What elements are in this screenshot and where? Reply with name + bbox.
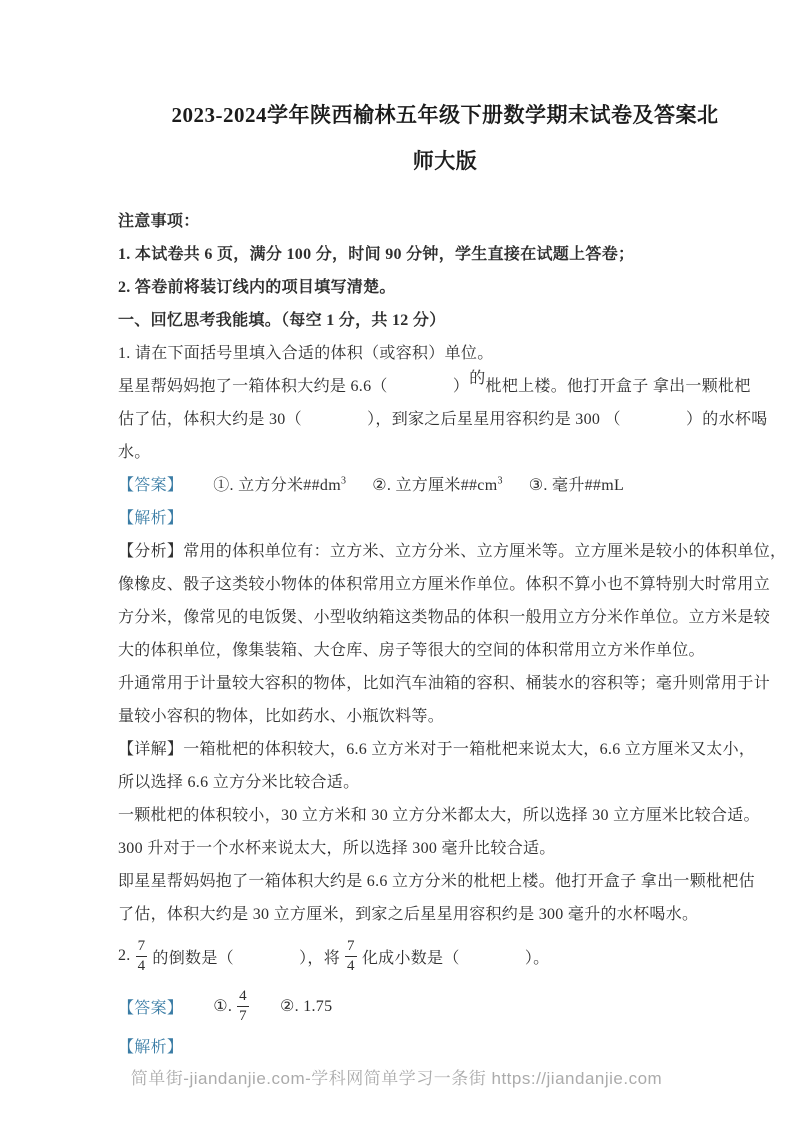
question-1-body-line-2: 估了估，体积大约是 30（ ），到家之后星星用容积约是 300 （ ）的水杯喝 [118, 403, 772, 436]
document-title-line2: 师大版 [118, 138, 772, 184]
question-1-analysis-label: 【解析】 [118, 502, 772, 535]
question-2-text-1: 的倒数是（ ），将 [152, 945, 340, 968]
analysis-line: 像橡皮、骰子这类较小物体的体积常用立方厘米作单位。体积不算小也不算特别大时常用立 [118, 568, 772, 601]
section-1-heading: 一、回忆思考我能填。（每空 1 分，共 12 分） [118, 304, 772, 337]
question-1-body-line-1: 星星帮妈妈抱了一箱体积大约是 6.6（ ）的枇杷上楼。他打开盒子 拿出一颗枇杷 [118, 370, 772, 403]
analysis-line: 了估，体积大约是 30 立方厘米，到家之后星星用容积约是 300 毫升的水杯喝水… [118, 898, 772, 931]
fraction-numerator: 4 [237, 987, 249, 1006]
analysis-line: 300 升对于一个水杯来说太大，所以选择 300 毫升比较合适。 [118, 832, 772, 865]
notice-item-1: 1. 本试卷共 6 页，满分 100 分，时间 90 分钟，学生直接在试题上答卷… [118, 238, 772, 271]
document-content: 2023-2024学年陕西榆林五年级下册数学期末试卷及答案北 师大版 注意事项：… [118, 0, 772, 1064]
exam-document-page: 2023-2024学年陕西榆林五年级下册数学期末试卷及答案北 师大版 注意事项：… [0, 0, 793, 1122]
answer-label: 【答案】 [118, 995, 183, 1018]
analysis-line: 一颗枇杷的体积较小，30 立方米和 30 立方分米都太大，所以选择 30 立方厘… [118, 799, 772, 832]
fraction-7-4: 74 [345, 937, 357, 976]
fraction-denominator: 4 [136, 956, 148, 976]
question-2-text-2: 化成小数是（ ）。 [362, 945, 550, 968]
document-title-line1: 2023-2024学年陕西榆林五年级下册数学期末试卷及答案北 [118, 92, 772, 138]
question-1-answer-item-2-sup: 3 [497, 476, 502, 487]
notice-section: 注意事项： 1. 本试卷共 6 页，满分 100 分，时间 90 分钟，学生直接… [118, 205, 772, 304]
question-2-answer-line: 【答案】 ①. 47 ②. 1.75 [118, 981, 772, 1031]
question-1-body-line-1-pre: 星星帮妈妈抱了一箱体积大约是 6.6（ ） [118, 378, 469, 395]
document-title: 2023-2024学年陕西榆林五年级下册数学期末试卷及答案北 师大版 [118, 92, 772, 184]
question-1-answer-item-2-text: ②. 立方厘米##cm [372, 477, 497, 494]
question-2-number: 2. [118, 947, 131, 965]
notice-item-2: 2. 答卷前将装订线内的项目填写清楚。 [118, 271, 772, 304]
analysis-line: 升通常用于计量较大容积的物体，比如汽车油箱的容积、桶装水的容积等；毫升则常用于计 [118, 667, 772, 700]
question-1-raised-char: 的 [469, 370, 485, 387]
analysis-line: 量较小容积的物体，比如药水、小瓶饮料等。 [118, 700, 772, 733]
question-1-stem: 1. 请在下面括号里填入合适的体积（或容积）单位。 [118, 337, 772, 370]
question-1-answer-item-3: ③. 毫升##mL [529, 477, 624, 494]
analysis-line: 【分析】常用的体积单位有：立方米、立方分米、立方厘米等。立方厘米是较小的体积单位… [118, 535, 772, 568]
footer-watermark-text[interactable]: 简单街-jiandanjie.com-学科网简单学习一条街 https://ji… [131, 1069, 662, 1088]
notice-heading: 注意事项： [118, 205, 772, 238]
fraction-7-4: 74 [136, 937, 148, 976]
question-1-body-line-1-post: 枇杷上楼。他打开盒子 拿出一颗枇杷 [486, 378, 751, 395]
question-1-answer-item-1-text: ①. 立方分米##dm [213, 477, 341, 494]
analysis-line: 大的体积单位，像集装箱、大仓库、房子等很大的空间的体积常用立方米作单位。 [118, 634, 772, 667]
footer-watermark[interactable]: 简单街-jiandanjie.com-学科网简单学习一条街 https://ji… [0, 1064, 793, 1089]
fraction-numerator: 7 [345, 937, 357, 956]
analysis-line: 即星星帮妈妈抱了一箱体积大约是 6.6 立方分米的枇杷上楼。他打开盒子 拿出一颗… [118, 865, 772, 898]
question-1-answer-line: 【答案】①. 立方分米##dm3②. 立方厘米##cm3③. 毫升##mL [118, 469, 772, 502]
question-2-answer-item-1-label: ①. [213, 996, 232, 1016]
fraction-denominator: 4 [345, 956, 357, 976]
analysis-line: 所以选择 6.6 立方分米比较合适。 [118, 766, 772, 799]
question-1-answer-item-2: ②. 立方厘米##cm3 [372, 477, 503, 494]
analysis-line: 方分米，像常见的电饭煲、小型收纳箱这类物品的体积一般用立方分米作单位。立方米是较 [118, 601, 772, 634]
fraction-numerator: 7 [136, 937, 148, 956]
question-1-answer-item-1-sup: 3 [341, 476, 346, 487]
question-2-stem: 2. 74 的倒数是（ ），将 74 化成小数是（ ）。 [118, 931, 772, 981]
analysis-line: 【详解】一箱枇杷的体积较大，6.6 立方米对于一箱枇杷来说太大，6.6 立方厘米… [118, 733, 772, 766]
question-2-analysis-label: 【解析】 [118, 1031, 772, 1064]
question-1-answer-item-1: ①. 立方分米##dm3 [213, 477, 346, 494]
question-1-body-line-3: 水。 [118, 436, 772, 469]
fraction-denominator: 7 [237, 1006, 249, 1026]
fraction-4-7: 47 [237, 987, 249, 1026]
question-2-answer-item-2: ②. 1.75 [280, 996, 332, 1016]
answer-label: 【答案】 [118, 477, 183, 494]
